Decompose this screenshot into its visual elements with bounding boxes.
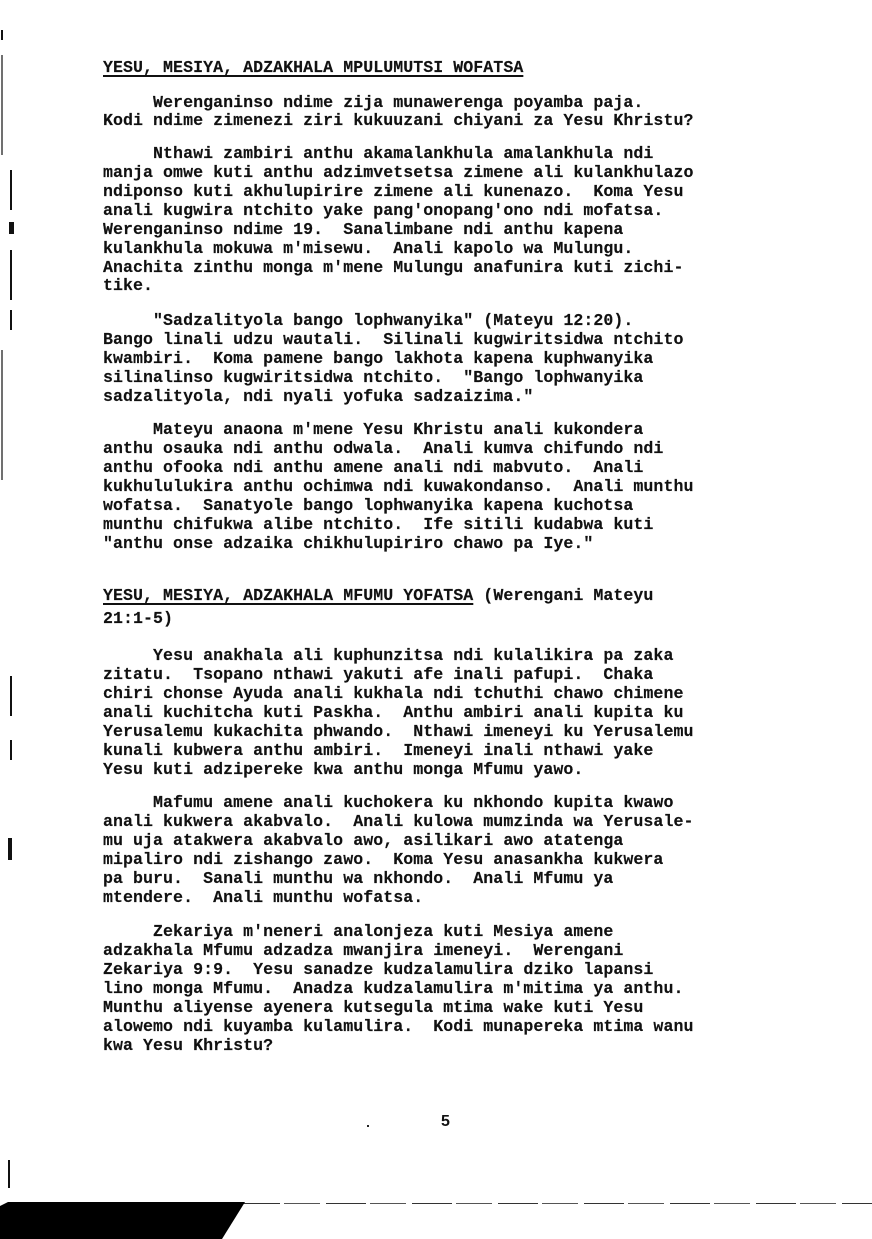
section-1-heading: YESU, MESIYA, ADZAKHALA MPULUMUTSI WOFAT… [103,58,523,77]
s1-p4-line-4: kukhululukira anthu ochimwa ndi kuwakond… [103,477,693,496]
s1-p2-line-6: kulankhula mokuwa m'misewu. Anali kapolo… [103,239,633,258]
s1-p3-line-3: kwambiri. Koma pamene bango lakhota kape… [103,349,653,368]
s1-p2-line-2: manja omwe kuti anthu adzimvetsetsa zime… [103,163,693,182]
margin-scan-mark [10,310,12,330]
s2-p3-line-5: Munthu aliyense ayenera kutsegula mtima … [103,998,643,1017]
s1-p2-line-8: tike. [103,276,153,295]
page-number: 5 [441,1113,450,1131]
s1-p4-line-3: anthu ofooka ndi anthu amene anali ndi m… [103,458,643,477]
s2-p2-line-3: mu uja atakwera akabvalo awo, asilikari … [103,831,623,850]
scan-shadow-wedge [0,1202,245,1239]
s1-p2-line-3: ndiponso kuti akhulupirire zimene ali ku… [103,182,683,201]
s2-p1-line-6: kunali kubwera anthu ambiri. Imeneyi ina… [103,741,653,760]
s1-p2-line-1: Nthawi zambiri anthu akamalankhula amala… [103,144,653,163]
margin-scan-mark [10,676,12,716]
s1-p1-line-1: Werenganinso ndime zija munawerenga poya… [103,93,643,112]
scanned-page: YESU, MESIYA, ADZAKHALA MPULUMUTSI WOFAT… [0,0,872,1239]
s2-p2-line-1: Mafumu amene anali kuchokera ku nkhondo … [103,793,673,812]
s2-p3-line-7: kwa Yesu Khristu? [103,1036,273,1055]
s2-p2-line-4: mipaliro ndi zishango zawo. Koma Yesu an… [103,850,663,869]
scan-edge-line [240,1203,872,1204]
s2-p1-line-2: zitatu. Tsopano nthawi yakuti afe inali … [103,665,653,684]
s2-p1-line-3: chiri chonse Ayuda anali kukhala ndi tch… [103,684,683,703]
s1-p4-line-2: anthu osauka ndi anthu odwala. Anali kum… [103,439,663,458]
s2-p1-line-7: Yesu kuti adzipereke kwa anthu monga Mfu… [103,760,583,779]
margin-scan-mark [1,55,3,155]
s1-p2-line-7: Anachita zinthu monga m'mene Mulungu ana… [103,258,683,277]
s2-p1-line-4: anali kuchitcha kuti Paskha. Anthu ambir… [103,703,683,722]
s1-p3-line-2: Bango linali udzu wautali. Silinali kugw… [103,330,683,349]
s2-p3-line-1: Zekariya m'neneri analonjeza kuti Mesiya… [103,922,613,941]
s2-p3-line-3: Zekariya 9:9. Yesu sanadze kudzalamulira… [103,960,653,979]
margin-scan-mark [1,30,3,40]
s2-p2-line-5: pa buru. Sanali munthu wa nkhondo. Anali… [103,869,613,888]
s2-p1-line-1: Yesu anakhala ali kuphunzitsa ndi kulali… [103,646,673,665]
margin-scan-mark [1,350,3,480]
s1-p4-line-7: "anthu onse adzaika chikhulupiriro chawo… [103,534,593,553]
s1-p1-line-2: Kodi ndime zimenezi ziri kukuuzani chiya… [103,111,693,130]
margin-scan-mark [8,1160,10,1188]
margin-scan-mark [8,838,12,860]
s2-p3-line-4: lino monga Mfumu. Anadza kudzalamulira m… [103,979,683,998]
s1-p4-line-1: Mateyu anaona m'mene Yesu Khristu anali … [103,420,643,439]
s2-p2-line-2: anali kukwera akabvalo. Anali kulowa mum… [103,812,693,831]
s1-p2-line-4: anali kugwira ntchito yake pang'onopang'… [103,201,663,220]
s1-p3-line-5: sadzalityola, ndi nyali yofuka sadzaizim… [103,387,533,406]
s1-p3-line-1: "Sadzalityola bango lophwanyika" (Mateyu… [103,311,633,330]
s2-p3-line-6: alowemo ndi kuyamba kulamulira. Kodi mun… [103,1017,693,1036]
s1-p2-line-5: Werenganinso ndime 19. Sanalimbane ndi a… [103,220,623,239]
margin-scan-mark [10,250,12,300]
s1-p4-line-5: wofatsa. Sanatyole bango lophwanyika kap… [103,496,633,515]
s1-p3-line-4: silinalinso kugwiritsidwa ntchito. "Bang… [103,368,643,387]
section-2-heading: YESU, MESIYA, ADZAKHALA MFUMU YOFATSA [103,586,473,605]
s1-p4-line-6: munthu chifukwa alibe ntchito. Ife sitil… [103,515,653,534]
s2-p3-line-2: adzakhala Mfumu adzadza mwanjira imeneyi… [103,941,623,960]
margin-scan-mark [9,222,14,234]
section-2-heading-continuation: 21:1-5) [103,609,173,628]
s2-p2-line-6: mtendere. Anali munthu wofatsa. [103,888,423,907]
s2-p1-line-5: Yerusalemu kukachita phwando. Nthawi ime… [103,722,693,741]
section-2-heading-line: YESU, MESIYA, ADZAKHALA MFUMU YOFATSA (W… [103,586,653,605]
scan-speck [367,1125,369,1127]
margin-scan-mark [10,740,12,760]
section-2-heading-reference: (Werengani Mateyu [473,586,653,605]
margin-scan-mark [10,170,12,210]
